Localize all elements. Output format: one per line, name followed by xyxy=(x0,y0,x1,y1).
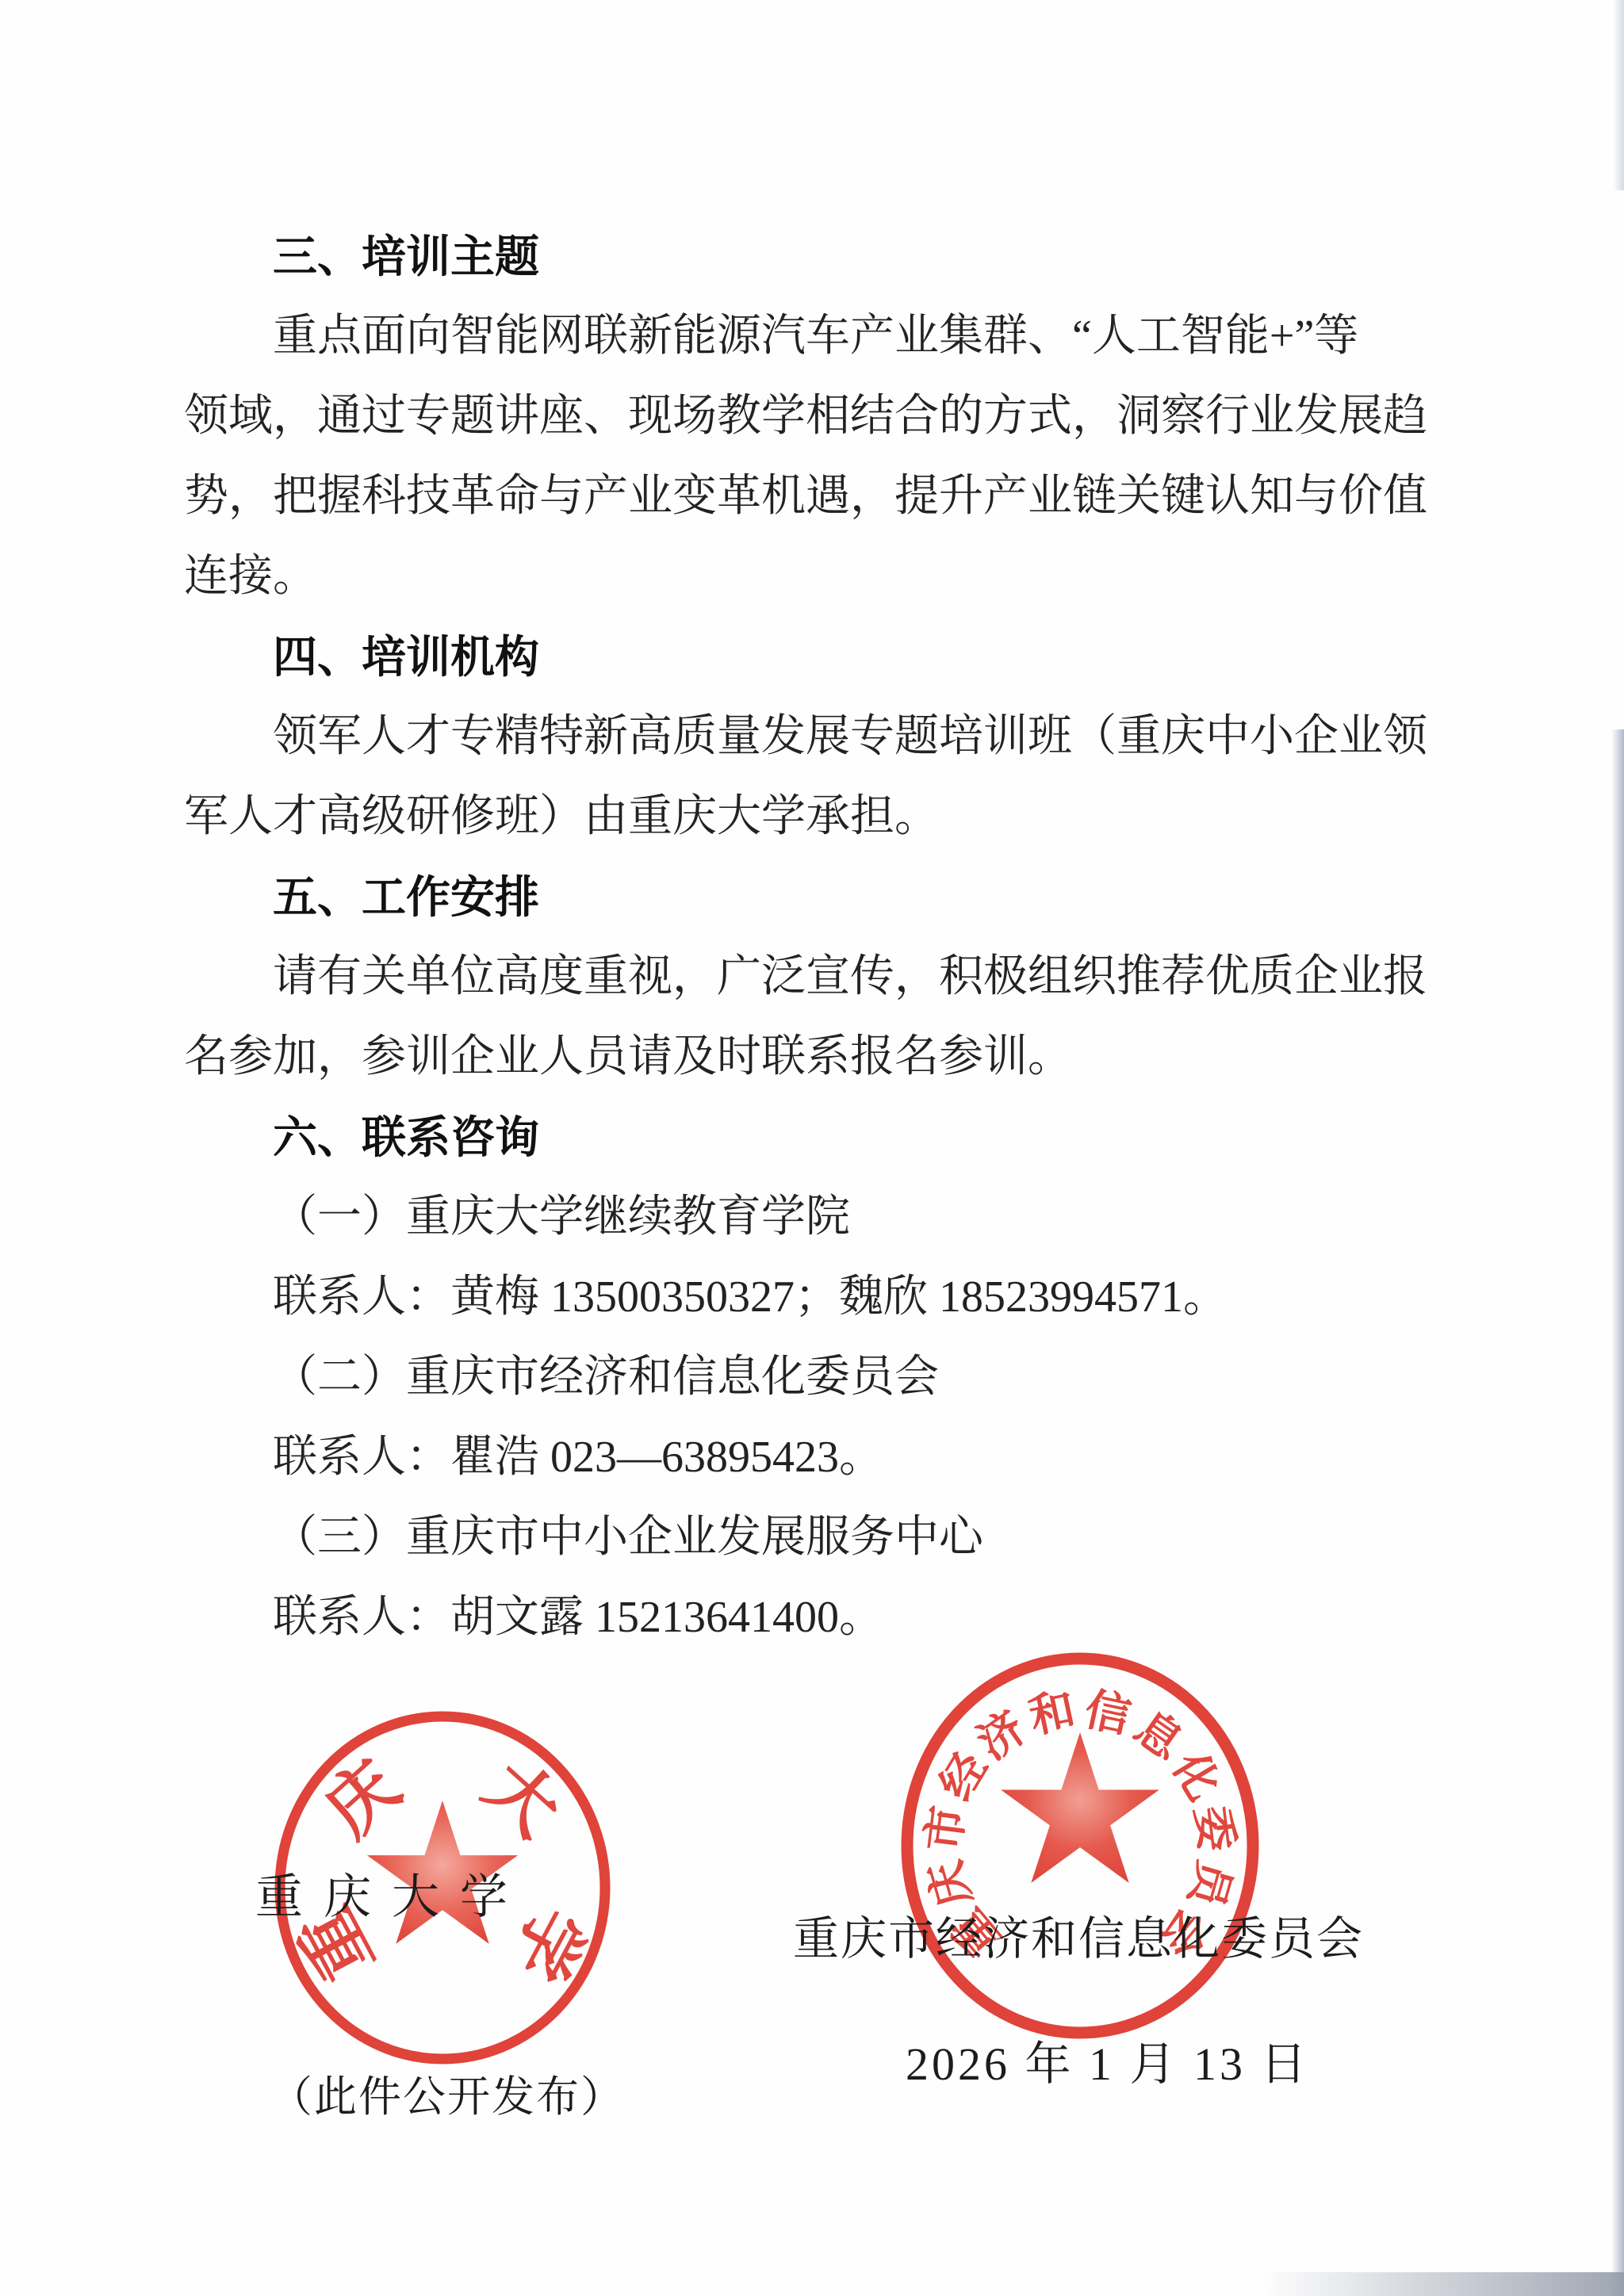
seal-ring-char: 和 xyxy=(1025,1685,1080,1743)
seal-ring-char: 委 xyxy=(1186,1803,1241,1854)
text-line: 连接。 xyxy=(184,537,1442,617)
publish-note: （此件公开发布） xyxy=(270,2063,625,2124)
document-body: 三、培训主题 重点面向智能网联新能源汽车产业集群、“人工智能+”等 领域，通过专… xyxy=(184,216,1442,1658)
contact-person-1: 联系人：黄梅 13500350327；魏欣 18523994571。 xyxy=(184,1257,1442,1337)
contact-org-1: （一）重庆大学继续教育学院 xyxy=(184,1177,1442,1257)
document-page: 三、培训主题 重点面向智能网联新能源汽车产业集群、“人工智能+”等 领域，通过专… xyxy=(0,0,1624,2296)
contact-org-2: （二）重庆市经济和信息化委员会 xyxy=(184,1337,1442,1418)
seal-ring-char: 市 xyxy=(919,1803,974,1854)
text-line: 重点面向智能网联新能源汽车产业集群、“人工智能+”等 xyxy=(184,297,1442,377)
heading-training-theme: 三、培训主题 xyxy=(184,216,1442,297)
heading-contact: 六、联系咨询 xyxy=(184,1097,1442,1177)
seal-ring-char: 信 xyxy=(1080,1685,1135,1743)
signature-date: 2026 年 1 月 13 日 xyxy=(906,2026,1310,2093)
text-line: 名参加，参训企业人员请及时联系报名参训。 xyxy=(184,1017,1442,1097)
contact-person-2: 联系人：瞿浩 023—63895423。 xyxy=(184,1418,1442,1498)
text-line: 领域，通过专题讲座、现场教学相结合的方式，洞察行业发展趋 xyxy=(184,377,1442,457)
contact-org-3: （三）重庆市中小企业发展服务中心 xyxy=(184,1498,1442,1578)
text-line: 势，把握科技革命与产业变革机遇，提升产业链关键认知与价值 xyxy=(184,457,1442,537)
signature-left-org: 重庆大学 xyxy=(255,1859,528,1927)
scan-edge-shadow-right xyxy=(1611,729,1624,2296)
text-line: 领军人才专精特新高质量发展专题培训班（重庆中小企业领 xyxy=(184,697,1442,777)
heading-training-org: 四、培训机构 xyxy=(184,617,1442,697)
economic-information-commission-seal: 重 庆 市 经 济 和 信 息 化 委 员 会 xyxy=(894,1647,1266,2044)
signature-right-org: 重庆市经济和信息化委员会 xyxy=(793,1901,1364,1968)
heading-work-arrangement: 五、工作安排 xyxy=(184,857,1442,937)
text-line: 请有关单位高度重视，广泛宣传，积极组织推荐优质企业报 xyxy=(184,937,1442,1017)
scan-edge-shadow-top xyxy=(1613,0,1624,190)
text-line: 军人才高级研修班）由重庆大学承担。 xyxy=(184,777,1442,857)
contact-person-3: 联系人：胡文露 15213641400。 xyxy=(184,1578,1442,1658)
scan-corner-smudge xyxy=(1259,2272,1624,2296)
